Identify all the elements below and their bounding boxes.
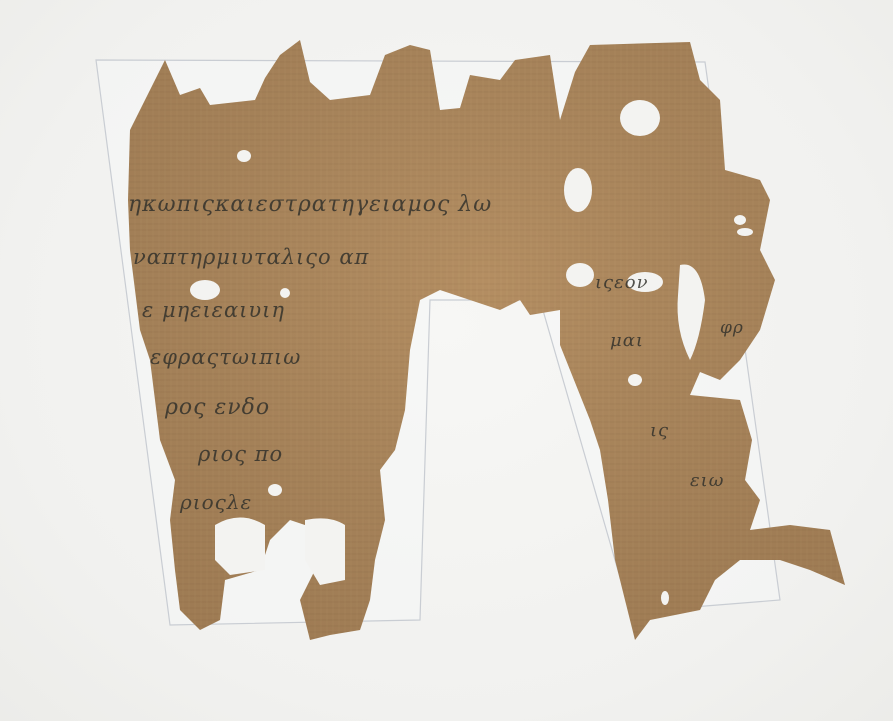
ink-right-3: φρ: [720, 318, 744, 338]
ink-right-5: ειω: [690, 470, 724, 491]
ink-right-4: ις: [650, 420, 669, 441]
ink-line-6: ριος πο: [198, 442, 283, 466]
ink-line-4: εφραςτωιπιω: [150, 345, 301, 369]
ink-line-3: ε μηειεαιυιη: [142, 298, 285, 322]
ink-right-1: ιςεον: [595, 272, 649, 293]
ink-line-1: ηκωπιςκαιεστρατηγειαμος λω: [128, 192, 492, 217]
photo-background: ηκωπιςκαιεστρατηγειαμος λω ναπτηρμιυταλι…: [0, 0, 893, 721]
ink-line-2: ναπτηρμιυταλιςο απ: [133, 245, 369, 269]
ink-line-7: ριοςλε: [180, 490, 252, 514]
ink-line-5: ρος ενδο: [165, 395, 270, 420]
papyrus-fragment: [128, 40, 845, 640]
papyrus-scene: [0, 0, 893, 721]
ink-right-2: μαι: [610, 330, 644, 351]
